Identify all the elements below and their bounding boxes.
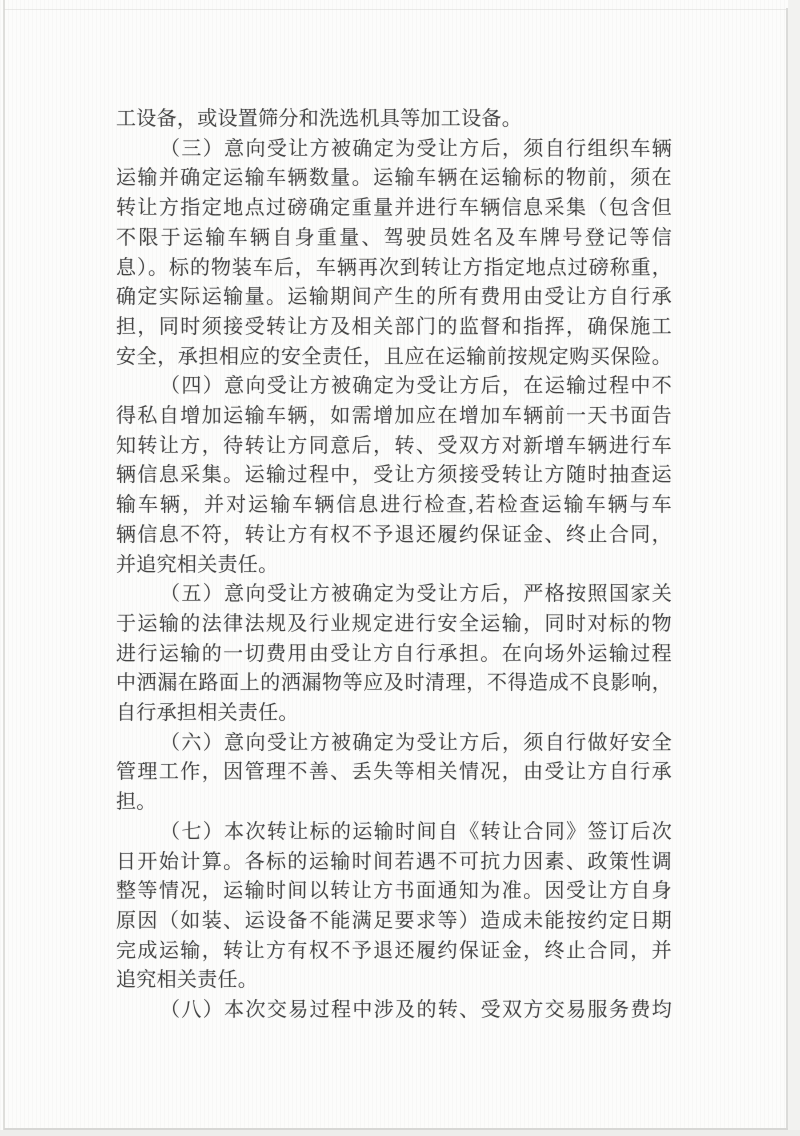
text-line: 辆信息采集。运输过程中，受让方须接受转让方随时抽查运 — [116, 461, 672, 491]
text-line: 完成运输，转让方有权不予退还履约保证金，终止合同，并 — [116, 937, 672, 967]
text-line: （四）意向受让方被确定为受让方后，在运输过程中不 — [116, 372, 672, 402]
text-line: 并追究相关责任。 — [116, 551, 672, 581]
text-line: （七）本次转让标的运输时间自《转让合同》签订后次 — [116, 818, 672, 848]
text-line: 自行承担相关责任。 — [116, 699, 672, 729]
text-line: 工设备，或设置筛分和洗选机具等加工设备。 — [116, 105, 672, 135]
text-line: 担。 — [116, 788, 672, 818]
document-body: 工设备，或设置筛分和洗选机具等加工设备。（三）意向受让方被确定为受让方后，须自行… — [116, 105, 672, 1026]
text-line: 整等情况，运输时间以转让方书面通知为准。因受让方自身 — [116, 877, 672, 907]
page-right-margin-band — [788, 0, 800, 1136]
page-left-edge — [3, 0, 5, 1136]
page-bottom-margin-band — [0, 1130, 800, 1136]
document-page: 工设备，或设置筛分和洗选机具等加工设备。（三）意向受让方被确定为受让方后，须自行… — [0, 0, 800, 1136]
text-line: 输车辆，并对运输车辆信息进行检查,若检查运输车辆与车 — [116, 491, 672, 521]
text-line: 转让方指定地点过磅确定重量并进行车辆信息采集（包含但 — [116, 194, 672, 224]
text-line: 中洒漏在路面上的洒漏物等应及时清理，不得造成不良影响， — [116, 669, 672, 699]
page-top-edge — [4, 9, 786, 10]
text-line: 辆信息不符，转让方有权不予退还履约保证金、终止合同， — [116, 521, 672, 551]
text-line: 担，同时须接受转让方及相关部门的监督和指挥，确保施工 — [116, 313, 672, 343]
text-line: 管理工作，因管理不善、丢失等相关情况，由受让方自行承 — [116, 758, 672, 788]
text-line: 安全，承担相应的安全责任，且应在运输前按规定购买保险。 — [116, 343, 672, 373]
text-line: 得私自增加运输车辆，如需增加应在增加车辆前一天书面告 — [116, 402, 672, 432]
text-line: 于运输的法律法规及行业规定进行安全运输，同时对标的物 — [116, 610, 672, 640]
text-line: （六）意向受让方被确定为受让方后，须自行做好安全 — [116, 729, 672, 759]
text-line: 不限于运输车辆自身重量、驾驶员姓名及车牌号登记等信 — [116, 224, 672, 254]
text-line: （五）意向受让方被确定为受让方后，严格按照国家关 — [116, 580, 672, 610]
text-line: 进行运输的一切费用由受让方自行承担。在向场外运输过程 — [116, 640, 672, 670]
text-line: 运输并确定运输车辆数量。运输车辆在运输标的物前，须在 — [116, 164, 672, 194]
text-line: 息）。标的物装车后，车辆再次到转让方指定地点过磅称重， — [116, 254, 672, 284]
text-line: 追究相关责任。 — [116, 966, 672, 996]
text-line: （三）意向受让方被确定为受让方后，须自行组织车辆 — [116, 135, 672, 165]
text-line: 日开始计算。各标的运输时间若遇不可抗力因素、政策性调 — [116, 848, 672, 878]
text-line: 原因（如装、运设备不能满足要求等）造成未能按约定日期 — [116, 907, 672, 937]
text-line: 知转让方，待转让方同意后，转、受双方对新增车辆进行车 — [116, 432, 672, 462]
text-line: 确定实际运输量。运输期间产生的所有费用由受让方自行承 — [116, 283, 672, 313]
text-line: （八）本次交易过程中涉及的转、受双方交易服务费均 — [116, 996, 672, 1026]
